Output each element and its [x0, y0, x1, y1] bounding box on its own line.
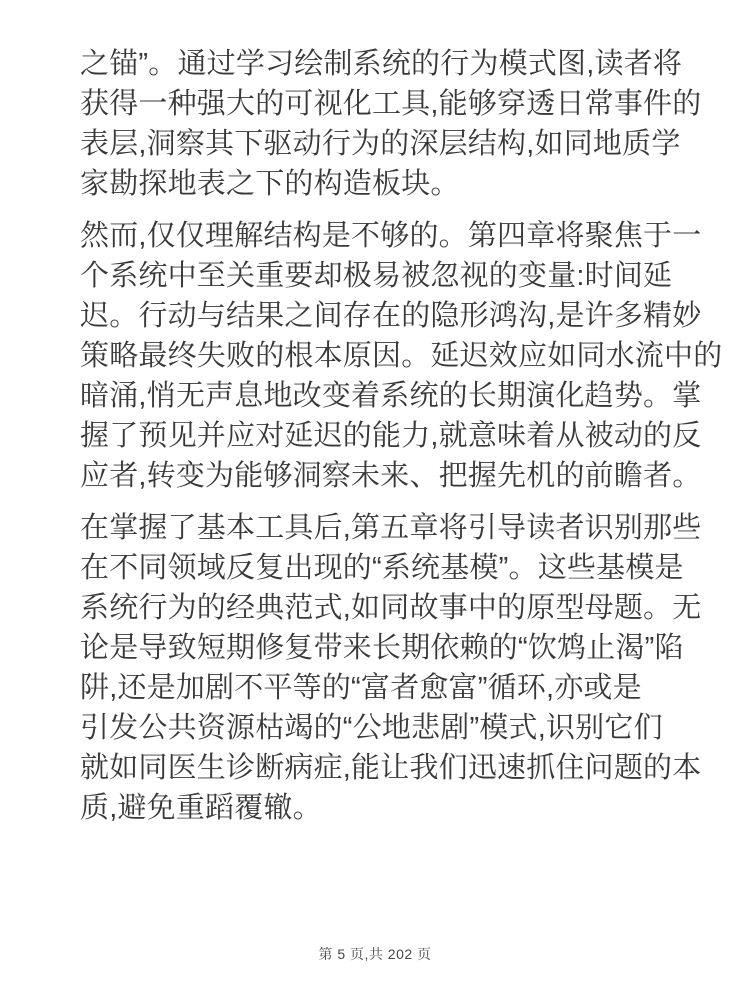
paragraph: 之锚”。通过学习绘制系统的行为模式图,读者将获得一种强大的可视化工具,能够穿透日… [80, 44, 680, 204]
text-line: 论是导致短期修复带来长期依赖的“饮鸩止渴”陷 [80, 628, 680, 668]
paragraph: 然而,仅仅理解结构是不够的。第四章将聚焦于一个系统中至关重要却极易被忽视的变量:… [80, 216, 680, 496]
text-line: 系统行为的经典范式,如同故事中的原型母题。无 [80, 588, 680, 628]
page-footer: 第 5 页,共 202 页 [0, 944, 750, 964]
text-line: 之锚”。通过学习绘制系统的行为模式图,读者将 [80, 44, 680, 84]
document-page: 之锚”。通过学习绘制系统的行为模式图,读者将获得一种强大的可视化工具,能够穿透日… [0, 0, 750, 1000]
text-line: 策略最终失败的根本原因。延迟效应如同水流中的 [80, 336, 680, 376]
page-number: 第 5 页,共 202 页 [318, 946, 431, 962]
text-line: 表层,洞察其下驱动行为的深层结构,如同地质学 [80, 124, 680, 164]
document-body: 之锚”。通过学习绘制系统的行为模式图,读者将获得一种强大的可视化工具,能够穿透日… [80, 44, 680, 840]
text-line: 应者,转变为能够洞察未来、把握先机的前瞻者。 [80, 456, 680, 496]
text-line: 就如同医生诊断病症,能让我们迅速抓住问题的本 [80, 748, 680, 788]
text-line: 然而,仅仅理解结构是不够的。第四章将聚焦于一 [80, 216, 680, 256]
text-line: 获得一种强大的可视化工具,能够穿透日常事件的 [80, 84, 680, 124]
text-line: 握了预见并应对延迟的能力,就意味着从被动的反 [80, 416, 680, 456]
text-line: 家勘探地表之下的构造板块。 [80, 164, 680, 204]
text-line: 质,避免重蹈覆辙。 [80, 788, 680, 828]
text-line: 迟。行动与结果之间存在的隐形鸿沟,是许多精妙 [80, 296, 680, 336]
text-line: 个系统中至关重要却极易被忽视的变量:时间延 [80, 256, 680, 296]
text-line: 在掌握了基本工具后,第五章将引导读者识别那些 [80, 508, 680, 548]
paragraph: 在掌握了基本工具后,第五章将引导读者识别那些在不同领域反复出现的“系统基模”。这… [80, 508, 680, 828]
text-line: 在不同领域反复出现的“系统基模”。这些基模是 [80, 548, 680, 588]
text-line: 阱,还是加剧不平等的“富者愈富”循环,亦或是 [80, 668, 680, 708]
text-line: 暗涌,悄无声息地改变着系统的长期演化趋势。掌 [80, 376, 680, 416]
text-line: 引发公共资源枯竭的“公地悲剧”模式,识别它们 [80, 708, 680, 748]
